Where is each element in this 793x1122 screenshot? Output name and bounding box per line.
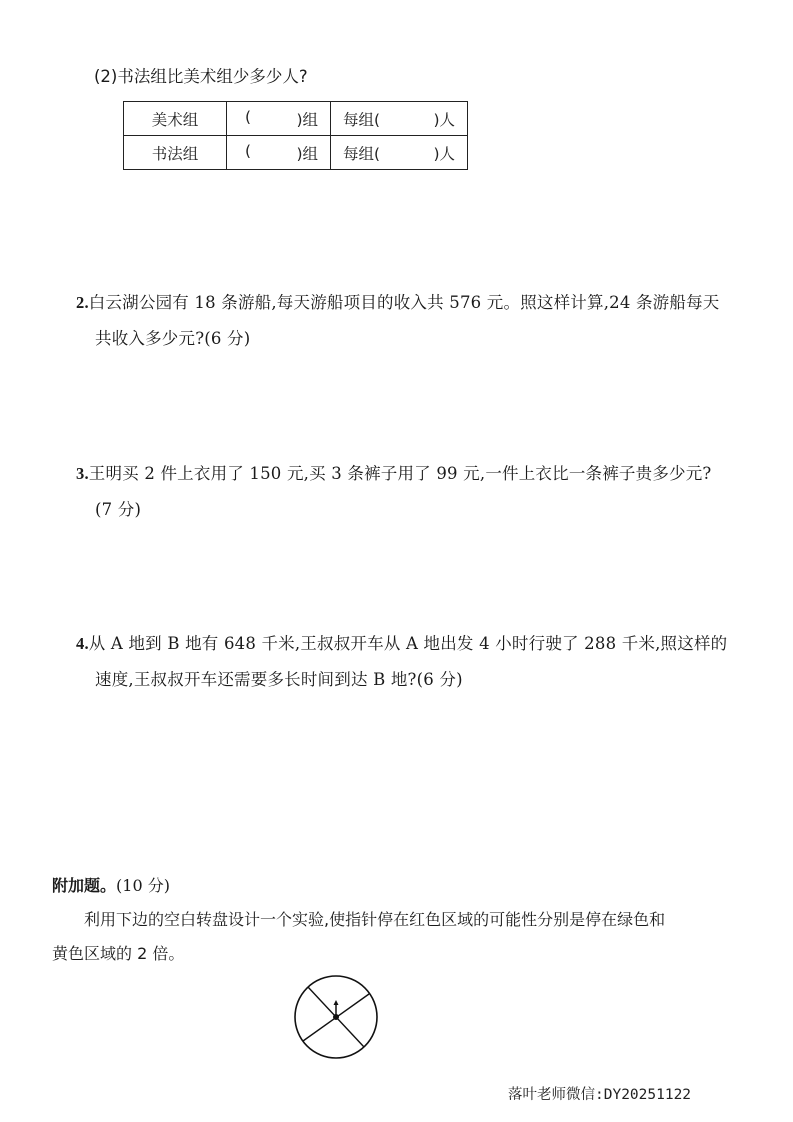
open-paren: ( — [245, 108, 251, 130]
question-4-line-1: 4.从 A 地到 B 地有 648 千米,王叔叔开车从 A 地出发 4 小时行驶… — [76, 630, 727, 654]
bonus-line-2: 黄色区域的 2 倍。 — [52, 941, 184, 964]
question-number: 3. — [76, 464, 89, 483]
question-4-line-2: 速度,王叔叔开车还需要多长时间到达 B 地?(6 分) — [95, 666, 463, 690]
question-number: 2. — [76, 293, 89, 312]
bonus-title: 附加题。(10 分) — [52, 873, 170, 896]
group-name-cell: 书法组 — [124, 136, 227, 170]
open-paren: ( — [245, 142, 251, 164]
per-group-cell[interactable]: 每组( )人 — [331, 102, 468, 136]
spinner-figure[interactable] — [293, 974, 379, 1060]
group-name-cell: 美术组 — [124, 102, 227, 136]
question-2-line-2: 共收入多少元?(6 分) — [95, 325, 250, 349]
group-count-cell[interactable]: ( )组 — [227, 136, 331, 170]
table-row: 美术组 ( )组 每组( )人 — [124, 102, 468, 136]
per-group-open: 每组( — [343, 142, 380, 164]
question-text: 从 A 地到 B 地有 648 千米,王叔叔开车从 A 地出发 4 小时行驶了 … — [89, 634, 728, 653]
table-row: 书法组 ( )组 每组( )人 — [124, 136, 468, 170]
question-1-part-2-label: (2)书法组比美术组少多少人? — [94, 63, 308, 87]
count-unit: )组 — [296, 142, 318, 164]
per-group-cell[interactable]: 每组( )人 — [331, 136, 468, 170]
footer-contact: 落叶老师微信:DY20251122 — [508, 1083, 691, 1104]
bonus-points: (10 分) — [116, 876, 170, 895]
question-number: 4. — [76, 634, 89, 653]
per-group-open: 每组( — [343, 108, 380, 130]
question-text: 王明买 2 件上衣用了 150 元,买 3 条裤子用了 99 元,一件上衣比一条… — [89, 464, 712, 483]
bonus-line-1: 利用下边的空白转盘设计一个实验,使指针停在红色区域的可能性分别是停在绿色和 — [84, 907, 665, 930]
question-2-line-1: 2.白云湖公园有 18 条游船,每天游船项目的收入共 576 元。照这样计算,2… — [76, 289, 719, 313]
count-unit: )组 — [296, 108, 318, 130]
per-group-unit: )人 — [433, 108, 455, 130]
bonus-heading: 附加题。 — [52, 876, 116, 895]
question-3-line-1: 3.王明买 2 件上衣用了 150 元,买 3 条裤子用了 99 元,一件上衣比… — [76, 460, 711, 484]
question-text: 白云湖公园有 18 条游船,每天游船项目的收入共 576 元。照这样计算,24 … — [89, 293, 720, 312]
groups-table: 美术组 ( )组 每组( )人 书法组 ( )组 每组( )人 — [123, 101, 468, 170]
question-3-line-2: (7 分) — [95, 496, 141, 520]
group-count-cell[interactable]: ( )组 — [227, 102, 331, 136]
per-group-unit: )人 — [433, 142, 455, 164]
